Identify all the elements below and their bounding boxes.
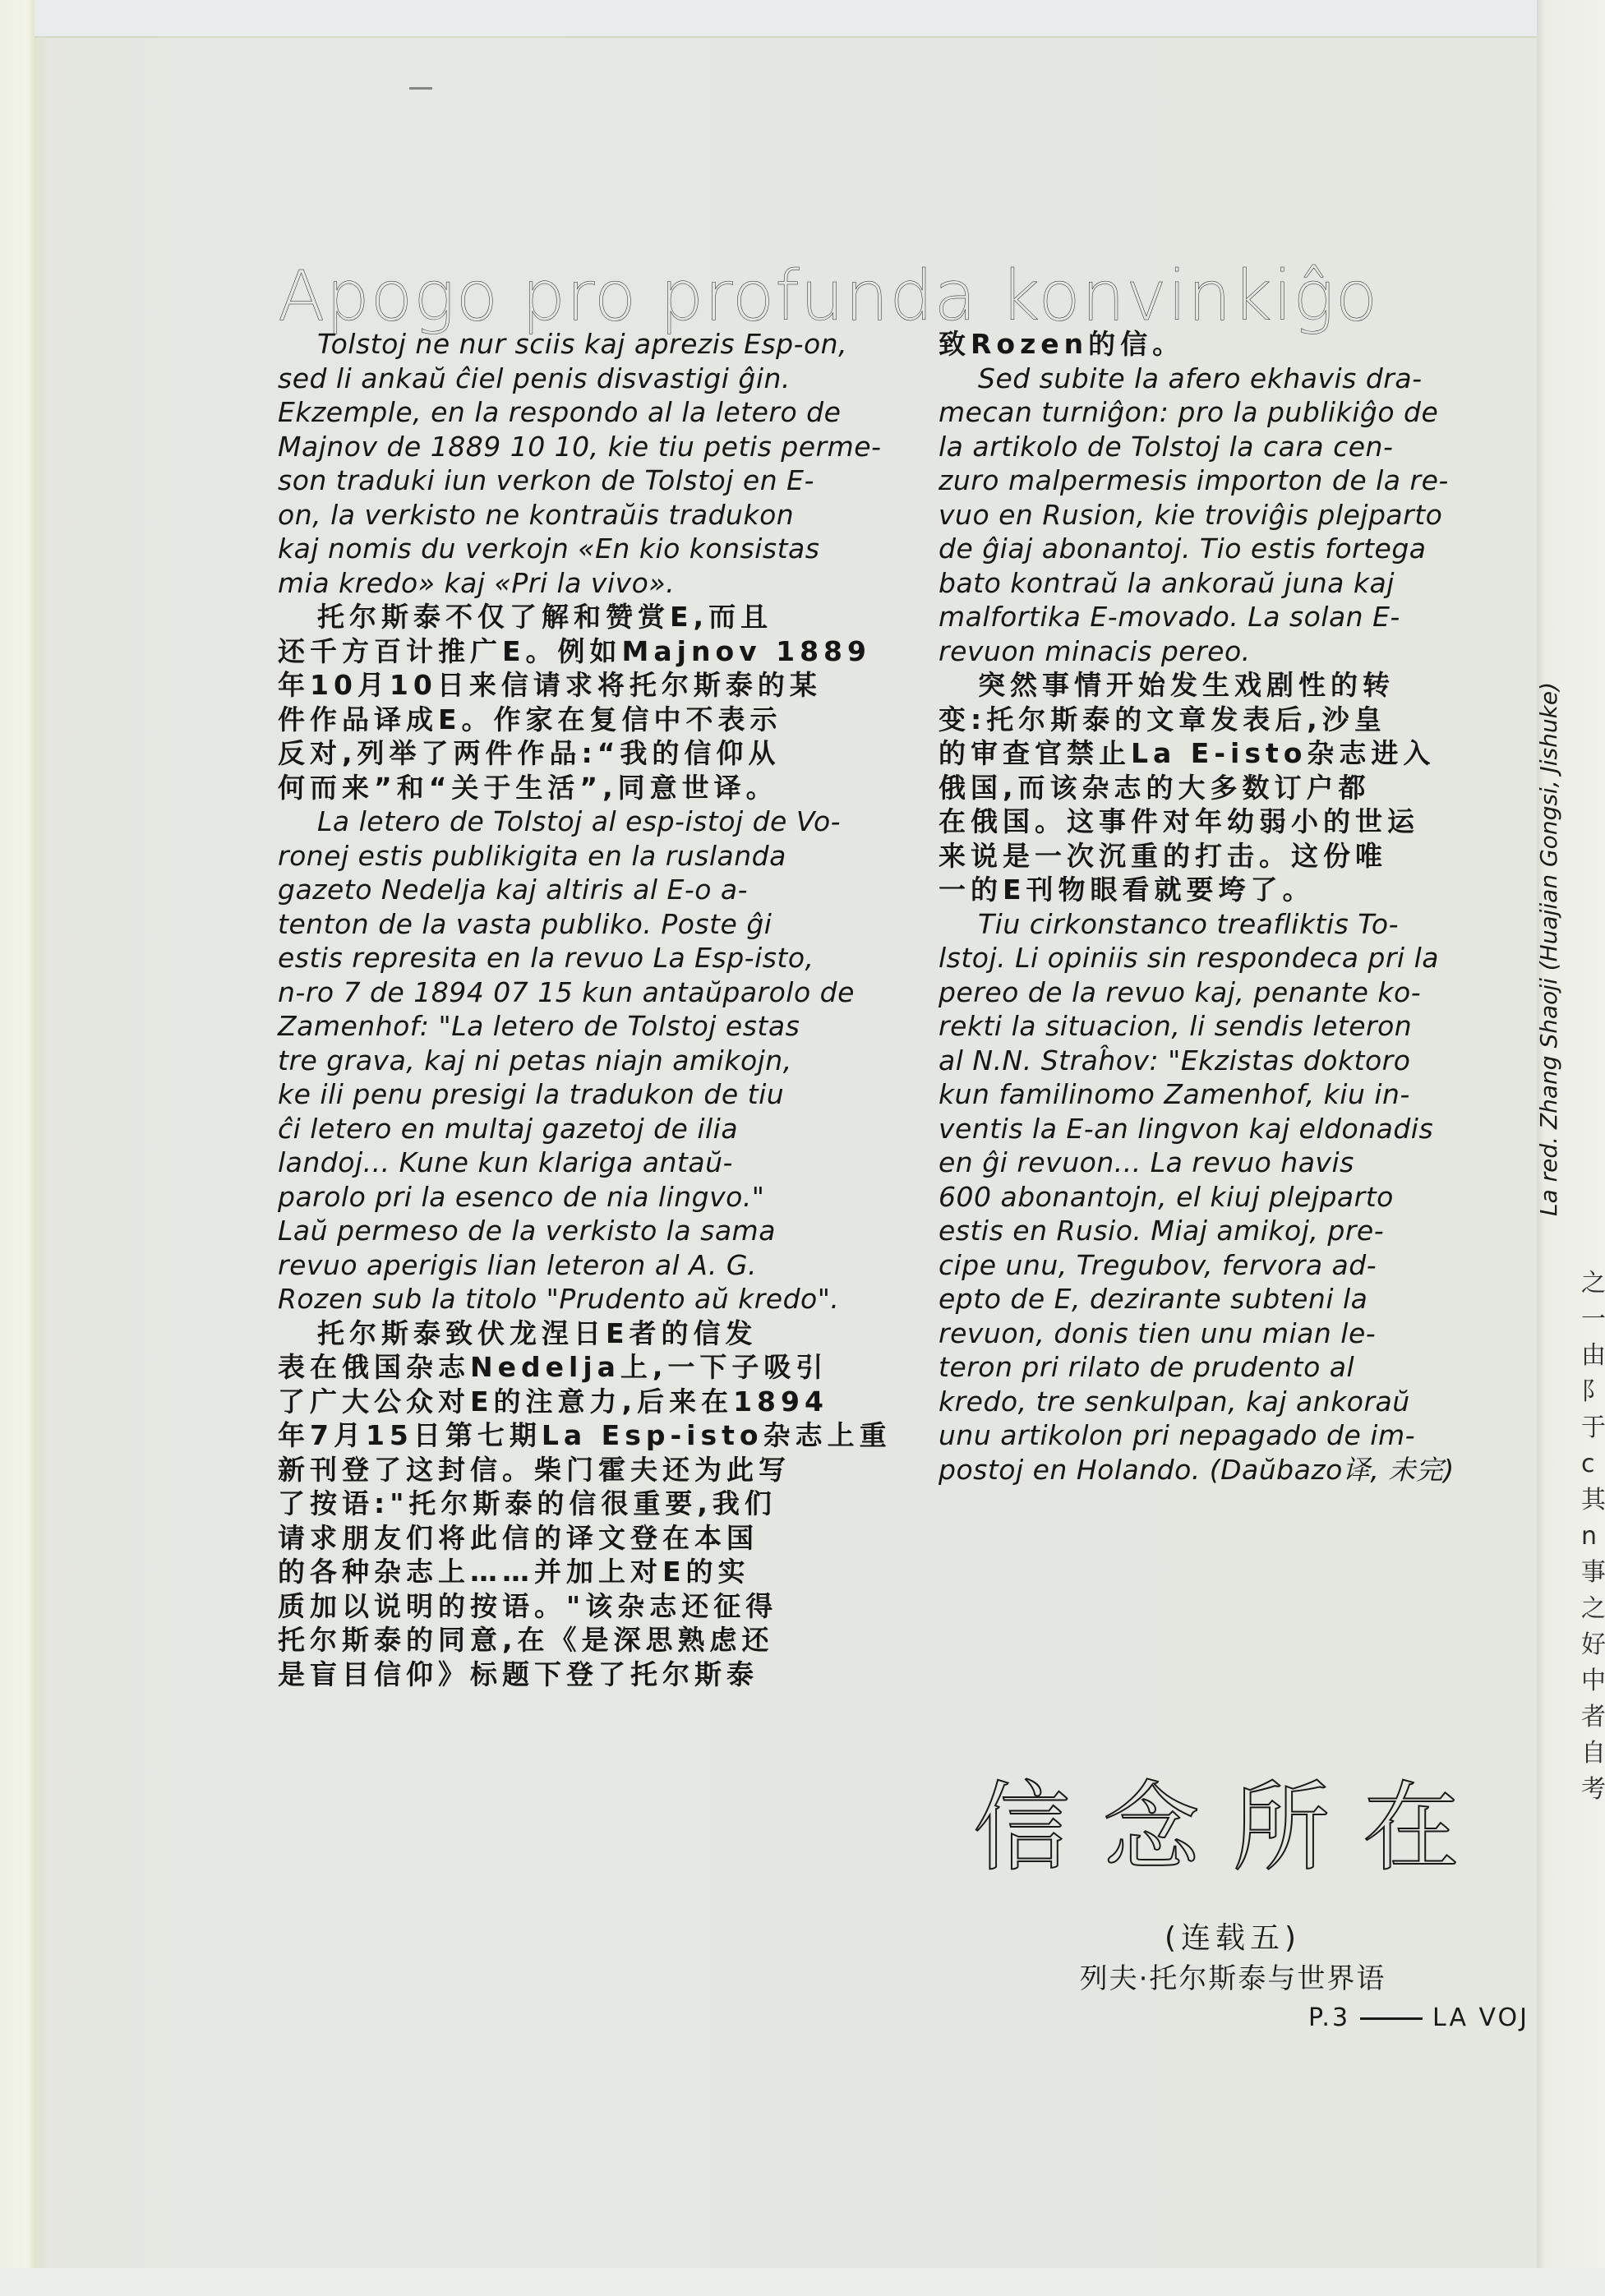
esperanto-text-line: Laŭ permeso de la verkisto la sama [278, 1214, 902, 1248]
esperanto-text-line: kun familinomo Zamenhof, kiu in- [939, 1077, 1530, 1112]
chinese-text-line: 托尔斯泰致伏龙涅日E者的信发 [278, 1316, 902, 1351]
chinese-text-line: 变:托尔斯泰的文章发表后,沙皇 [939, 703, 1530, 737]
esperanto-text-line: kaj nomis du verkojn «En kio konsistas [278, 532, 902, 566]
esperanto-text-line: al N.N. Straĥov: "Ekzistas doktoro [939, 1044, 1530, 1078]
publication-name: LA VOJ [1432, 2003, 1529, 2032]
esperanto-text-line: parolo pri la esenco de nia lingvo." [278, 1180, 902, 1215]
esperanto-text-line: revuo aperigis lian leteron al A. G. [278, 1248, 902, 1283]
esperanto-text-line: La letero de Tolstoj al esp-istoj de Vo- [278, 805, 902, 839]
esperanto-text-line: unu artikolon pri nepagado de im- [939, 1418, 1530, 1453]
esperanto-text-line: pereo de la revuo kaj, penante ko- [939, 975, 1530, 1010]
esperanto-text-line: malfortika E-movado. La solan E- [939, 600, 1530, 634]
chinese-text-line: 致Rozen的信。 [939, 327, 1530, 362]
esperanto-text-line: Sed subite la afero ekhavis dra- [939, 362, 1530, 396]
serial-installment: (连载五) [962, 1915, 1504, 1957]
esperanto-text-line: Majnov de 1889 10 10, kie tiu petis perm… [278, 430, 902, 464]
esperanto-text-line: son traduki iun verkon de Tolstoj en E- [278, 463, 902, 498]
esperanto-text-line: de ĝiaj abonantoj. Tio estis fortega [939, 532, 1530, 566]
chinese-text-line: 的各种杂志上……并加上对E的实 [278, 1555, 902, 1589]
esperanto-text-line: n-ro 7 de 1894 07 15 kun antaŭparolo de [278, 975, 902, 1010]
serial-title: 信念所在 [945, 1775, 1520, 1882]
page-number: P.3 [1308, 2003, 1350, 2032]
esperanto-text-line: on, la verkisto ne kontraŭis tradukon [278, 498, 902, 533]
footer-dash [1360, 2017, 1423, 2020]
article-title: Apogo pro profunda konvinkiĝo [278, 261, 1527, 330]
chinese-text-line: 在俄国。这事件对年幼弱小的世运 [939, 805, 1530, 839]
right-text-column: 致Rozen的信。Sed subite la afero ekhavis dra… [939, 327, 1530, 1487]
chinese-text-line: 托尔斯泰不仅了解和赞赏E,而且 [278, 600, 902, 634]
left-text-column: Tolstoj ne nur sciis kaj aprezis Esp-on,… [278, 327, 902, 1691]
esperanto-text-line: mecan turniĝon: pro la publikiĝo de [939, 395, 1530, 430]
esperanto-text-line: postoj en Holando. (Daŭbazo译, 未完) [939, 1453, 1530, 1487]
esperanto-text-line: gazeto Nedelja kaj altiris al E-o a- [278, 873, 902, 907]
editor-credit-vertical: La red. Zhang Shaoji (Huajian Gongsi, Ji… [1535, 682, 1562, 1216]
page-footer: P.3LA VOJ [1308, 2003, 1529, 2032]
esperanto-text-line: 600 abonantojn, el kiuj plejparto [939, 1180, 1530, 1215]
esperanto-text-line: sed li ankaŭ ĉiel penis disvastigi ĝin. [278, 362, 902, 396]
esperanto-text-line: ke ili penu presigi la tradukon de tiu [278, 1077, 902, 1112]
chinese-text-line: 了广大公众对E的注意力,后来在1894 [278, 1385, 902, 1419]
esperanto-text-line: epto de E, dezirante subteni la [939, 1282, 1530, 1316]
esperanto-text-line: kredo, tre senkulpan, kaj ankoraŭ [939, 1385, 1530, 1419]
chinese-text-line: 是盲目信仰》标题下登了托尔斯泰 [278, 1657, 902, 1692]
chinese-text-line: 的审查官禁止La E-isto杂志进入 [939, 736, 1530, 771]
esperanto-text-line: bato kontraŭ la ankoraŭ juna kaj [939, 566, 1530, 601]
esperanto-text-line: vuo en Rusion, kie troviĝis plejparto [939, 498, 1530, 533]
esperanto-text-line: mia kredo» kaj «Pri la vivo». [278, 566, 902, 601]
scan-bottom-edge [0, 2268, 1605, 2296]
esperanto-text-line: tre grava, kaj ni petas niajn amikojn, [278, 1044, 902, 1078]
esperanto-text-line: ronej estis publikigita en la ruslanda [278, 839, 902, 874]
chinese-text-line: 件作品译成E。作家在复信中不表示 [278, 703, 902, 737]
chinese-text-line: 表在俄国杂志Nedelja上,一下子吸引 [278, 1350, 902, 1385]
esperanto-text-line: ĉi letero en multaj gazetoj de ilia [278, 1112, 902, 1146]
serial-subtitle: 列夫·托尔斯泰与世界语 [945, 1956, 1520, 1996]
esperanto-text-line: revuon minacis pereo. [939, 634, 1530, 669]
chinese-text-line: 还千方百计推广E。例如Majnov 1889 [278, 634, 902, 669]
esperanto-text-line: estis en Rusio. Miaj amikoj, pre- [939, 1214, 1530, 1248]
chinese-text-line: 俄国,而该杂志的大多数订户都 [939, 771, 1530, 805]
esperanto-text-line: landoj... Kune kun klariga antaŭ- [278, 1146, 902, 1180]
esperanto-text-line: rekti la situacion, li sendis leteron [939, 1009, 1530, 1044]
esperanto-text-line: la artikolo de Tolstoj la cara cen- [939, 430, 1530, 464]
ink-mark [409, 87, 432, 90]
esperanto-text-line: tenton de la vasta publiko. Poste ĝi [278, 907, 902, 942]
esperanto-text-line: revuon, donis tien unu mian le- [939, 1316, 1530, 1351]
chinese-text-line: 来说是一次沉重的打击。这份唯 [939, 839, 1530, 874]
esperanto-text-line: Rozen sub la titolo "Prudento aŭ kredo". [278, 1282, 902, 1316]
esperanto-text-line: ventis la E-an lingvon kaj eldonadis [939, 1112, 1530, 1146]
chinese-text-line: 一的E刊物眼看就要垮了。 [939, 873, 1530, 907]
esperanto-text-line: Ekzemple, en la respondo al la letero de [278, 395, 902, 430]
esperanto-text-line: cipe unu, Tregubov, fervora ad- [939, 1248, 1530, 1283]
chinese-text-line: 突然事情开始发生戏剧性的转 [939, 668, 1530, 703]
scan-top-edge [0, 0, 1605, 36]
chinese-text-line: 托尔斯泰的同意,在《是深思熟虑还 [278, 1623, 902, 1657]
esperanto-text-line: Tiu cirkonstanco treafliktis To- [939, 907, 1530, 942]
chinese-text-line: 质加以说明的按语。"该杂志还征得 [278, 1589, 902, 1624]
esperanto-text-line: lstoj. Li opiniis sin respondeca pri la [939, 941, 1530, 975]
chinese-text-line: 何而来”和“关于生活”,同意世译。 [278, 771, 902, 805]
chinese-text-line: 请求朋友们将此信的译文登在本国 [278, 1521, 902, 1556]
chinese-text-line: 反对,列举了两件作品:“我的信仰从 [278, 736, 902, 771]
esperanto-text-line: en ĝi revuon... La revuo havis [939, 1146, 1530, 1180]
esperanto-text-line: estis represita en la revuo La Esp-isto, [278, 941, 902, 975]
chinese-text-line: 年10月10日来信请求将托尔斯泰的某 [278, 668, 902, 703]
chinese-text-line: 了按语:"托尔斯泰的信很重要,我们 [278, 1487, 902, 1521]
chinese-text-line: 年7月15日第七期La Esp-isto杂志上重 [278, 1418, 902, 1453]
esperanto-text-line: Tolstoj ne nur sciis kaj aprezis Esp-on, [278, 327, 902, 362]
chinese-text-line: 新刊登了这封信。柴门霍夫还为此写 [278, 1453, 902, 1487]
esperanto-text-line: Zamenhof: "La letero de Tolstoj estas [278, 1009, 902, 1044]
adjacent-page-left-edge [0, 0, 35, 2296]
adjacent-page-text-fragment: 之一由阝于c其n事 之好中者自考 [1581, 1266, 1605, 1808]
esperanto-text-line: zuro malpermesis importon de la re- [939, 463, 1530, 498]
esperanto-text-line: teron pri rilato de prudento al [939, 1350, 1530, 1385]
